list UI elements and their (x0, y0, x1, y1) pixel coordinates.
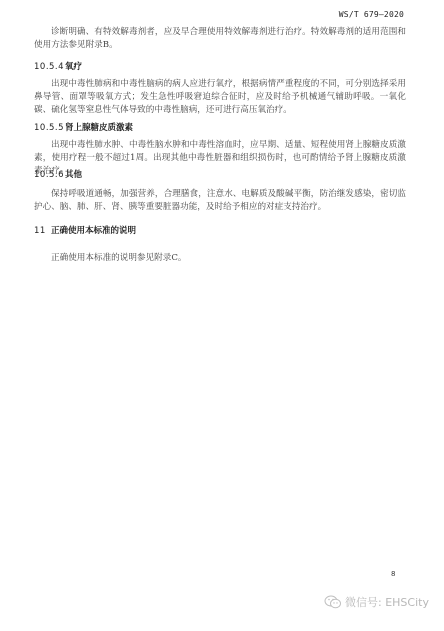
section-title: 其他 (65, 170, 82, 180)
wechat-icon (324, 595, 342, 609)
section-heading-10-5-4: 10.5.4氧疗 (34, 60, 82, 72)
paragraph-usage-notes: 正确使用本标准的说明参见附录C。 (34, 252, 406, 265)
section-title: 肾上腺糖皮质激素 (65, 123, 133, 133)
page-number: 8 (391, 570, 395, 578)
paragraph-antidote: 诊断明确、有特效解毒剂者，应及早合理使用特效解毒剂进行治疗。特效解毒剂的适用范围… (34, 26, 406, 52)
paragraph-oxygen-therapy: 出现中毒性肺病和中毒性脑病的病人应进行氧疗，根据病情严重程度的不同，可分别选择采… (34, 78, 406, 117)
section-title: 正确使用本标准的说明 (51, 226, 136, 236)
section-heading-11: 11正确使用本标准的说明 (34, 224, 136, 236)
document-code: WS/T 679—2020 (339, 10, 404, 19)
section-number: 11 (34, 226, 51, 236)
watermark-text: 微信号: EHSCity (345, 594, 429, 610)
section-title: 氧疗 (65, 62, 82, 72)
watermark: 微信号: EHSCity (324, 594, 429, 610)
section-number: 10.5.5 (34, 123, 65, 133)
section-number: 10.5.6 (34, 170, 65, 180)
section-number: 10.5.4 (34, 62, 65, 72)
section-heading-10-5-6: 10.5.6其他 (34, 168, 82, 180)
paragraph-corticosteroids: 出现中毒性肺水肿、中毒性脑水肿和中毒性溶血时，应早期、适量、短程使用肾上腺糖皮质… (34, 139, 406, 178)
paragraph-other-treatment: 保持呼吸道通畅，加强营养，合理膳食，注意水、电解质及酸碱平衡，防治继发感染，密切… (34, 188, 406, 214)
section-heading-10-5-5: 10.5.5肾上腺糖皮质激素 (34, 121, 133, 133)
